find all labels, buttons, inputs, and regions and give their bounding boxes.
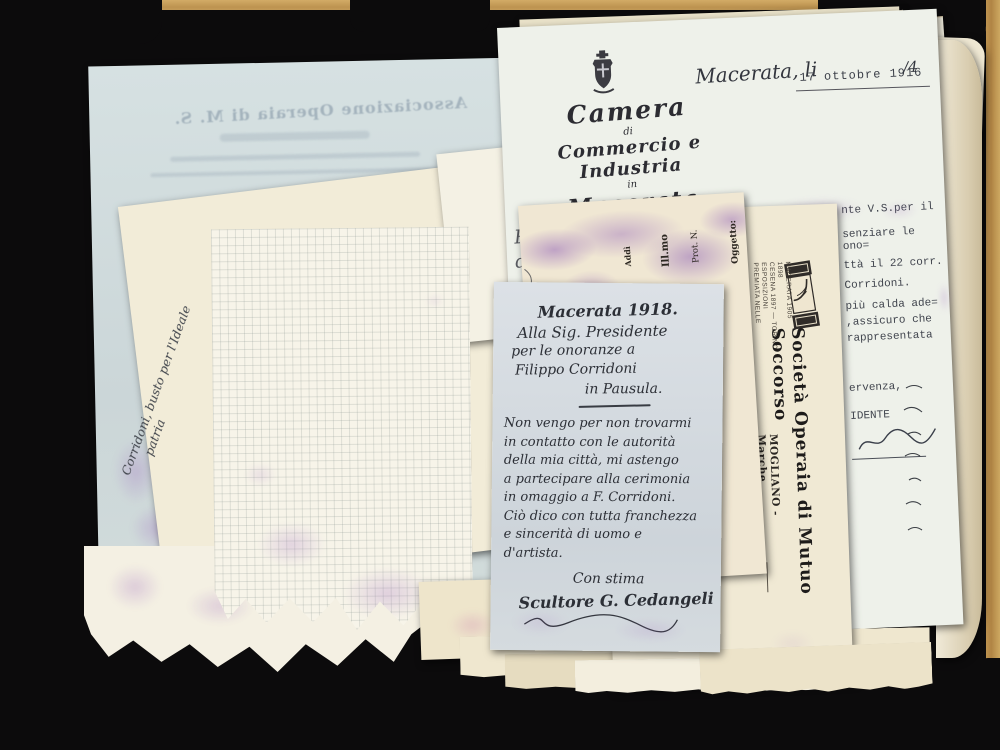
note-body-line: Ciò dico con tutta franchezza — [504, 507, 697, 526]
graph-paper-sheet — [211, 227, 473, 632]
note-header: in Pausula. — [585, 381, 663, 398]
note-body-line: Non vengo per non trovarmi — [504, 415, 697, 434]
purple-stain — [238, 459, 282, 491]
date-annotation: /4 — [903, 58, 918, 77]
note-divider-line — [579, 404, 651, 408]
note-body-line: della mia città, mi astengo — [504, 452, 697, 471]
form-label: Addì — [622, 246, 633, 267]
ghost-text-bar — [170, 152, 420, 162]
handwriting-scraps — [900, 382, 930, 542]
typed-fragment: più calda ade= — [845, 297, 949, 314]
note-header: Alla Sig. Presidente — [517, 322, 667, 342]
note-body-line: d'artista. — [504, 544, 697, 563]
black-folder-tab — [350, 0, 490, 32]
typed-text-column: nte V.S.per il senziare le ono= ttà il 2… — [841, 201, 954, 423]
form-label: Ill.mo — [659, 234, 672, 268]
black-folder-top-left — [0, 0, 162, 44]
note-signature: Scultore G. Cedangeli — [518, 589, 714, 613]
note-closing: Con stima — [573, 571, 645, 588]
typed-fragment: ttà il 22 corr. — [843, 256, 947, 273]
archive-photo-stage: Associazione Operaia di M. S. Corridoni,… — [0, 0, 1000, 750]
typed-fragment: nte V.S.per il — [841, 201, 945, 218]
note-header: per le onoranze a — [511, 342, 635, 360]
note-header: Macerata 1918. — [537, 299, 678, 321]
purple-stain — [98, 556, 172, 618]
note-header: Filippo Corridoni — [515, 361, 637, 379]
note-body-line: in contatto con le autorità — [504, 433, 697, 452]
note-body-line: a partecipare alla cerimonia — [504, 470, 697, 489]
underline — [796, 86, 930, 92]
crowned-shield-crest-icon — [586, 49, 620, 96]
typed-fragment: senziare le ono= — [842, 225, 947, 254]
note-body: Non vengo per non trovarmi in contatto c… — [504, 415, 698, 563]
typed-fragment: Corridoni. — [844, 276, 948, 293]
typed-fragment: ,assicuro che — [846, 313, 950, 330]
form-label: Prot. N. — [689, 229, 701, 263]
form-label: Oggetto: — [728, 220, 741, 264]
purple-stain — [244, 513, 340, 576]
typed-fragment: rappresentata — [847, 329, 951, 346]
wood-table-right-edge — [984, 0, 1000, 665]
black-folder-bottom-right — [980, 658, 1000, 750]
ghost-text-bar — [220, 131, 370, 142]
signature-flourish-icon — [520, 612, 680, 634]
note-body-line: in omaggio a F. Corridoni. — [504, 489, 697, 508]
note-body-line: e sincerità di uomo e — [504, 526, 697, 545]
subtitle-rule — [766, 562, 768, 592]
bleed-through-ghost-text: Associazione Operaia di M. S. — [137, 93, 468, 130]
handwritten-note-card: Macerata 1918. Alla Sig. Presidente per … — [490, 282, 724, 652]
purple-stain — [422, 292, 448, 310]
